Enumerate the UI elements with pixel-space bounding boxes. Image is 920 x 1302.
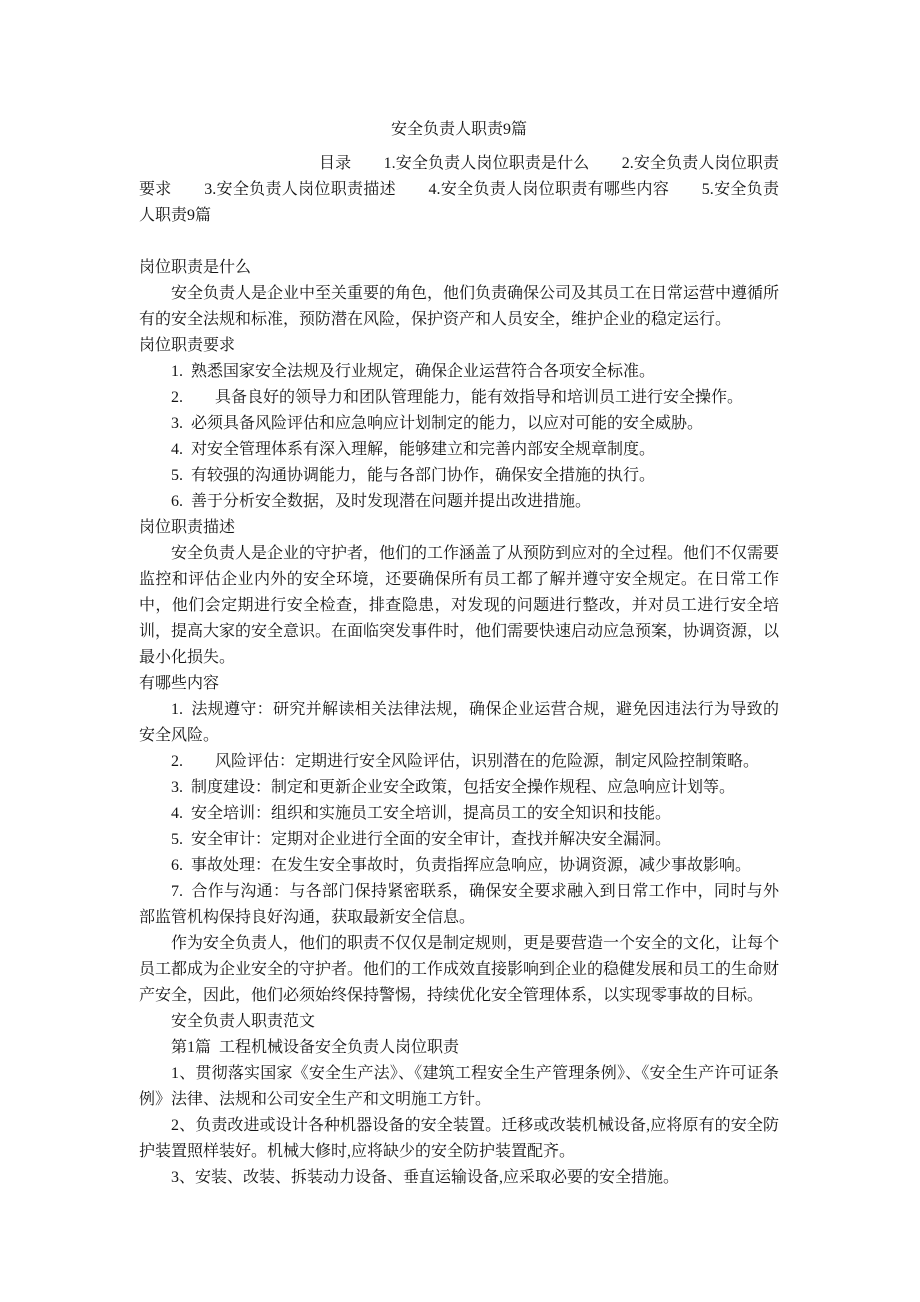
- section-heading: 岗位职责是什么: [139, 255, 779, 281]
- list-item: 3、安装、改装、拆装动力设备、垂直运输设备,应采取必要的安全措施。: [139, 1165, 779, 1191]
- list-item: 3. 必须具备风险评估和应急响应计划制定的能力，以应对可能的安全威胁。: [139, 411, 779, 437]
- body-paragraph: 安全负责人是企业中至关重要的角色，他们负责确保公司及其员工在日常运营中遵循所有的…: [139, 281, 779, 333]
- list-item: 1、贯彻落实国家《安全生产法》、《建筑工程安全生产管理条例》、《安全生产许可证条…: [139, 1061, 779, 1113]
- list-item: 2. 具备良好的领导力和团队管理能力，能有效指导和培训员工进行安全操作。: [139, 385, 779, 411]
- list-item: 3. 制度建设：制定和更新企业安全政策，包括安全操作规程、应急响应计划等。: [139, 775, 779, 801]
- document-title: 安全负责人职责9篇: [139, 117, 779, 143]
- list-item: 5. 有较强的沟通协调能力，能与各部门协作，确保安全措施的执行。: [139, 463, 779, 489]
- section-heading: 岗位职责要求: [139, 333, 779, 359]
- list-item: 4. 对安全管理体系有深入理解，能够建立和完善内部安全规章制度。: [139, 437, 779, 463]
- list-item: 2、负责改进或设计各种机器设备的安全装置。迁移或改装机械设备,应将原有的安全防护…: [139, 1113, 779, 1165]
- section-heading: 有哪些内容: [139, 671, 779, 697]
- list-item: 4. 安全培训：组织和实施员工安全培训，提高员工的安全知识和技能。: [139, 801, 779, 827]
- list-item: 1. 熟悉国家安全法规及行业规定，确保企业运营符合各项安全标准。: [139, 359, 779, 385]
- list-item: 6. 善于分析安全数据，及时发现潜在问题并提出改进措施。: [139, 489, 779, 515]
- body-paragraph: 安全负责人是企业的守护者，他们的工作涵盖了从预防到应对的全过程。他们不仅需要监控…: [139, 541, 779, 671]
- list-item: 5. 安全审计：定期对企业进行全面的安全审计，查找并解决安全漏洞。: [139, 827, 779, 853]
- body-paragraph: 第1篇 工程机械设备安全负责人岗位职责: [139, 1035, 779, 1061]
- list-item: 6. 事故处理：在发生安全事故时，负责指挥应急响应，协调资源，减少事故影响。: [139, 853, 779, 879]
- body-paragraph: 安全负责人职责范文: [139, 1009, 779, 1035]
- document-body: 岗位职责是什么安全负责人是企业中至关重要的角色，他们负责确保公司及其员工在日常运…: [139, 255, 779, 1191]
- list-item: 1. 法规遵守：研究并解读相关法律法规，确保企业运营合规，避免因违法行为导致的安…: [139, 697, 779, 749]
- list-item: 7. 合作与沟通：与各部门保持紧密联系，确保安全要求融入到日常工作中，同时与外部…: [139, 879, 779, 931]
- table-of-contents: 目录 1.安全负责人岗位职责是什么 2.安全负责人岗位职责要求 3.安全负责人岗…: [139, 151, 779, 229]
- document-page: 安全负责人职责9篇 目录 1.安全负责人岗位职责是什么 2.安全负责人岗位职责要…: [0, 0, 920, 1302]
- body-paragraph: 作为安全负责人，他们的职责不仅仅是制定规则，更是要营造一个安全的文化，让每个员工…: [139, 931, 779, 1009]
- list-item: 2. 风险评估：定期进行安全风险评估，识别潜在的危险源，制定风险控制策略。: [139, 749, 779, 775]
- section-heading: 岗位职责描述: [139, 515, 779, 541]
